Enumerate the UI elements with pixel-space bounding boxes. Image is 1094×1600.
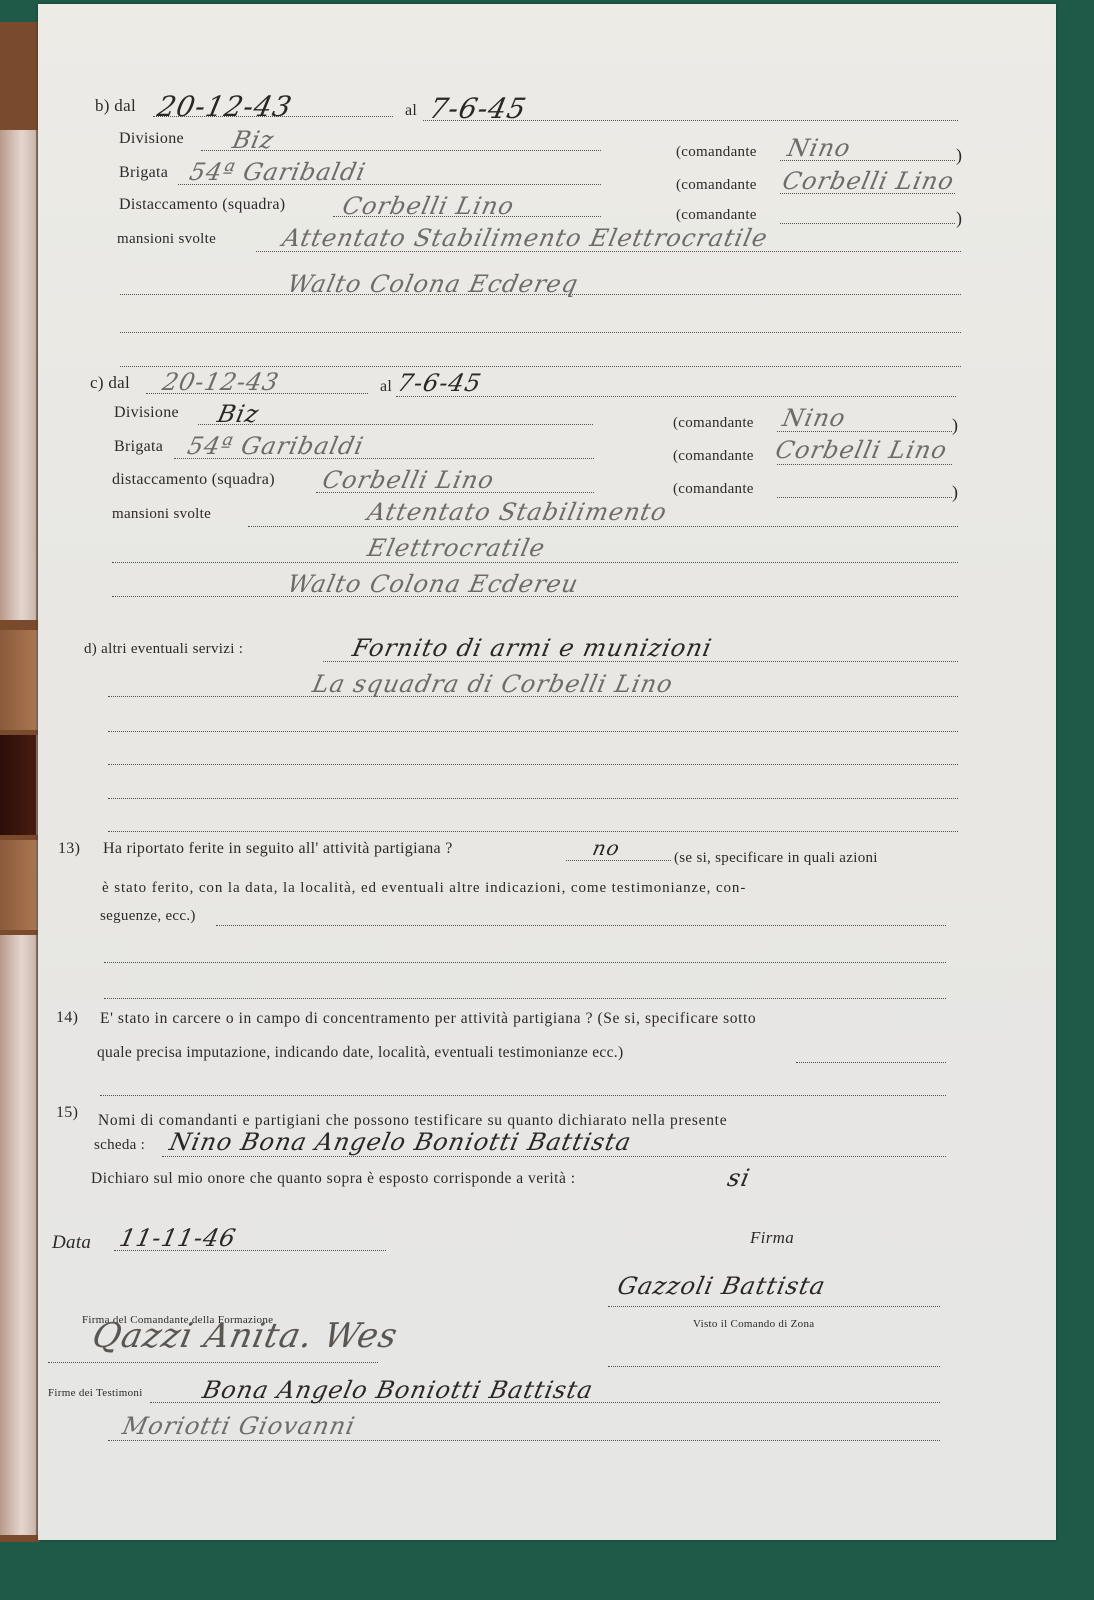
al-value: 7-6-45 bbox=[395, 369, 484, 397]
field-line bbox=[108, 1440, 940, 1441]
declaration-text: Dichiaro sul mio onore che quanto sopra … bbox=[91, 1170, 576, 1188]
background-book bbox=[0, 130, 38, 620]
close-paren: ) bbox=[956, 145, 962, 166]
data-value: 11-11-46 bbox=[117, 1224, 239, 1252]
field-line bbox=[108, 831, 958, 832]
field-line bbox=[777, 497, 952, 498]
field-line bbox=[104, 998, 946, 999]
field-line bbox=[108, 798, 958, 799]
divisione-value: Biz bbox=[215, 400, 262, 428]
field-line bbox=[48, 1362, 378, 1363]
field-line bbox=[112, 562, 958, 563]
field-line bbox=[780, 223, 955, 224]
dal-value: 20-12-43 bbox=[154, 90, 295, 123]
background-book bbox=[0, 840, 38, 930]
field-line bbox=[198, 424, 593, 425]
servizi-line-1: Fornito di armi e munizioni bbox=[350, 634, 715, 662]
label-brigata: Brigata bbox=[114, 438, 163, 456]
label-scheda: scheda : bbox=[94, 1137, 145, 1154]
mansioni-line-2: Elettrocratile bbox=[365, 534, 548, 562]
al-value: 7-6-45 bbox=[426, 92, 529, 125]
comandante-brigata: Corbelli Lino bbox=[773, 436, 950, 464]
label-visto-comando: Visto il Comando di Zona bbox=[693, 1318, 814, 1330]
label-mansioni: mansioni svolte bbox=[117, 231, 216, 248]
label-firma: Firma bbox=[750, 1228, 794, 1248]
label-data: Data bbox=[52, 1232, 91, 1254]
distaccamento-value: Corbelli Lino bbox=[340, 192, 517, 220]
label-comandante: (comandante bbox=[676, 144, 757, 161]
label-altri-servizi: d) altri eventuali servizi : bbox=[84, 641, 243, 658]
q13-number: 13) bbox=[58, 840, 80, 858]
document-page: b) dal 20-12-43 al 7-6-45 Divisione Biz … bbox=[38, 4, 1056, 1540]
label-dal: c) dal bbox=[90, 373, 130, 393]
comandante-divisione: Nino bbox=[785, 134, 854, 162]
field-line bbox=[162, 1156, 946, 1157]
label-divisione: Divisione bbox=[119, 130, 184, 148]
label-comandante: (comandante bbox=[676, 207, 757, 224]
firma-value: Gazzoli Battista bbox=[615, 1272, 828, 1300]
label-divisione: Divisione bbox=[114, 404, 179, 422]
label-al: al bbox=[405, 102, 417, 120]
field-line bbox=[108, 764, 958, 765]
declaration-answer: si bbox=[725, 1164, 753, 1192]
field-line bbox=[120, 332, 961, 333]
firma-comandante-value: Qazzi Anita. Wes bbox=[89, 1316, 402, 1356]
field-line bbox=[796, 1062, 946, 1063]
mansioni-line-3: Walto Colona Ecdereu bbox=[285, 570, 581, 598]
label-distaccamento: Distaccamento (squadra) bbox=[119, 196, 285, 214]
label-comandante: (comandante bbox=[673, 481, 754, 498]
q15-answer: Nino Bona Angelo Boniotti Battista bbox=[167, 1128, 634, 1156]
comandante-brigata: Corbelli Lino bbox=[780, 167, 957, 195]
field-line bbox=[104, 962, 946, 963]
label-comandante: (comandante bbox=[676, 177, 757, 194]
background-book bbox=[0, 735, 38, 835]
label-dal: b) dal bbox=[95, 96, 136, 116]
testimoni-line-2: Moriotti Giovanni bbox=[120, 1412, 358, 1440]
mansioni-line-1: Attentato Stabilimento bbox=[365, 498, 670, 526]
field-line bbox=[100, 1095, 946, 1096]
brigata-value: 54ª Garibaldi bbox=[187, 158, 369, 186]
field-line bbox=[216, 925, 946, 926]
background-book bbox=[0, 935, 38, 1535]
mansioni-line-2: Walto Colona Ecdereq bbox=[285, 270, 581, 298]
label-mansioni: mansioni svolte bbox=[112, 506, 211, 523]
field-line bbox=[608, 1366, 940, 1367]
background-book bbox=[0, 630, 38, 730]
q13-text-line3: seguenze, ecc.) bbox=[100, 908, 196, 925]
q13-text-line1: Ha riportato ferite in seguito all' atti… bbox=[103, 840, 453, 858]
q13-text-line1-end: (se si, specificare in quali azioni bbox=[674, 850, 878, 867]
label-distaccamento: distaccamento (squadra) bbox=[112, 471, 275, 489]
field-line bbox=[396, 396, 956, 397]
label-firme-testimoni: Firme dei Testimoni bbox=[48, 1387, 143, 1399]
servizi-line-2: La squadra di Corbelli Lino bbox=[310, 670, 676, 698]
close-paren: ) bbox=[952, 415, 958, 436]
brigata-value: 54ª Garibaldi bbox=[185, 432, 367, 460]
q14-number: 14) bbox=[56, 1009, 78, 1027]
dal-value: 20-12-43 bbox=[160, 368, 282, 396]
label-comandante: (comandante bbox=[673, 415, 754, 432]
close-paren: ) bbox=[956, 208, 962, 229]
q15-number: 15) bbox=[56, 1104, 78, 1122]
divisione-value: Biz bbox=[230, 126, 277, 154]
q13-text-line2: è stato ferito, con la data, la località… bbox=[102, 880, 746, 897]
label-brigata: Brigata bbox=[119, 164, 168, 182]
distaccamento-value: Corbelli Lino bbox=[320, 466, 497, 494]
field-line bbox=[108, 731, 958, 732]
testimoni-line-1: Bona Angelo Boniotti Battista bbox=[200, 1376, 596, 1404]
q14-text-line2: quale precisa imputazione, indicando dat… bbox=[97, 1044, 623, 1062]
label-al: al bbox=[380, 378, 392, 396]
field-line bbox=[566, 860, 671, 861]
comandante-divisione: Nino bbox=[780, 404, 849, 432]
field-line bbox=[608, 1306, 940, 1307]
field-line bbox=[120, 366, 961, 367]
q14-text-line1: E' stato in carcere o in campo di concen… bbox=[100, 1010, 756, 1028]
field-line bbox=[248, 526, 958, 527]
field-line bbox=[777, 464, 952, 465]
close-paren: ) bbox=[952, 482, 958, 503]
mansioni-line-1: Attentato Stabilimento Elettrocratile bbox=[280, 224, 770, 252]
label-comandante: (comandante bbox=[673, 448, 754, 465]
q13-answer: no bbox=[590, 836, 622, 860]
